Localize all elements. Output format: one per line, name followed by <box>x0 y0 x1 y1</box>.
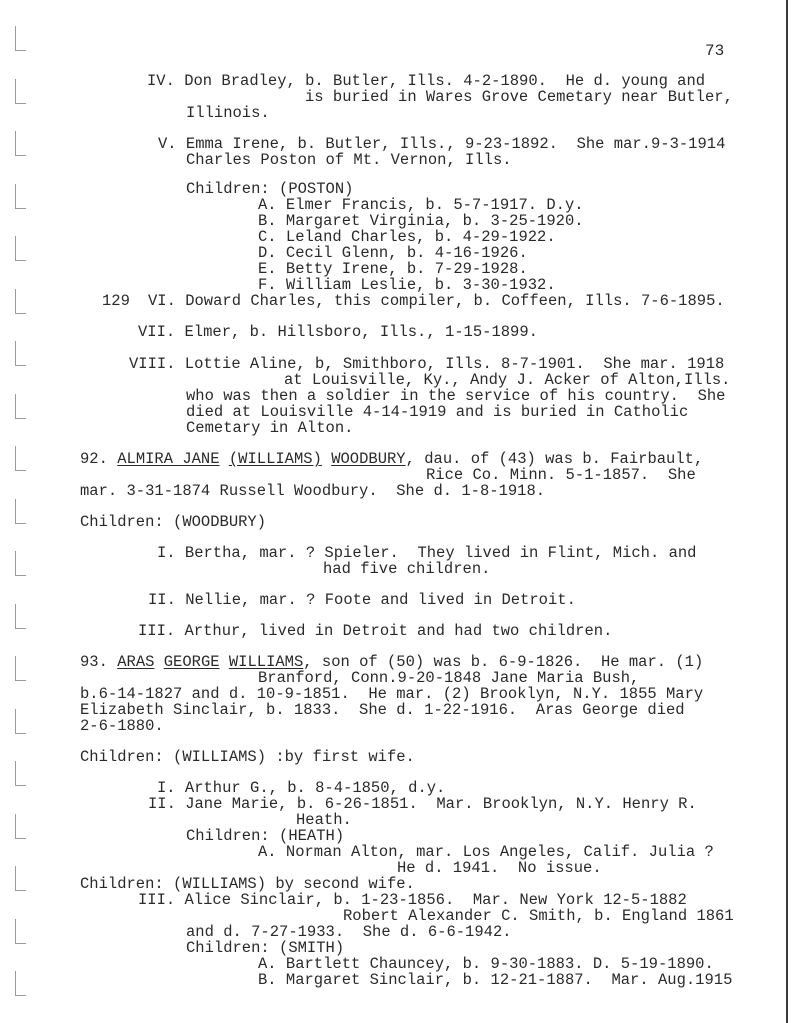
woodbury-child-i-line-2: had five children. <box>323 561 490 577</box>
poston-children-heading: Children: (POSTON) <box>186 181 353 197</box>
woodbury-child-i-line-1: I. Bertha, mar. ? Spieler. They lived in… <box>157 545 697 561</box>
binder-mark <box>15 131 26 156</box>
heath-children-heading: Children: (HEATH) <box>186 828 344 844</box>
entry-iv-line-2: is buried in Wares Grove Cemetary near B… <box>305 89 733 105</box>
poston-child: F. William Leslie, b. 3-30-1932. <box>258 277 556 293</box>
entry-viii-line-2: at Louisville, Ky., Andy J. Acker of Alt… <box>284 372 730 388</box>
section-93-name-middle: GEORGE <box>164 653 220 671</box>
binder-mark <box>15 919 26 944</box>
document-page: 73 IV. Don Bradley, b. Butler, Ills. 4-2… <box>0 0 791 1023</box>
smith-child: B. Margaret Sinclair, b. 12-21-1887. Mar… <box>258 972 732 988</box>
entry-viii-line-3: who was then a soldier in the service of… <box>186 388 726 404</box>
smith-child: A. Bartlett Chauncey, b. 9-30-1883. D. 5… <box>258 956 714 972</box>
section-93-number: 93. <box>80 653 108 671</box>
binder-mark <box>15 184 26 209</box>
entry-viii-line-5: Cemetary in Alton. <box>186 420 353 436</box>
section-92-heading: 92. ALMIRA JANE (WILLIAMS) WOODBURY, dau… <box>80 451 703 467</box>
entry-iv-line-1: IV. Don Bradley, b. Butler, Ills. 4-2-18… <box>147 73 705 89</box>
woodbury-child-iii: III. Arthur, lived in Detroit and had tw… <box>138 623 612 639</box>
williams-child-iii-line-1: III. Alice Sinclair, b. 1-23-1856. Mar. … <box>138 892 687 908</box>
smith-children-heading: Children: (SMITH) <box>186 940 344 956</box>
entry-iv-line-3: Illinois. <box>186 105 270 121</box>
williams-child-i: I. Arthur G., b. 8-4-1850, d.y. <box>157 780 445 796</box>
section-92-line-2: Rice Co. Minn. 5-1-1857. She <box>426 467 696 483</box>
section-93-line-3: b.6-14-1827 and d. 10-9-1851. He mar. (2… <box>80 686 703 702</box>
williams-children-second-heading: Children: (WILLIAMS) by second wife. <box>80 876 415 892</box>
binder-mark <box>15 761 26 786</box>
binder-mark <box>15 446 26 471</box>
page-number: 73 <box>705 42 724 60</box>
entry-vi-line-1: VI. Doward Charles, this compiler, b. Co… <box>148 293 725 309</box>
binder-mark <box>15 604 26 629</box>
entry-viii-line-4: died at Louisville 4-14-1919 and is buri… <box>186 404 688 420</box>
williams-child-iii-line-3: and d. 7-27-1933. She d. 6-6-1942. <box>186 924 512 940</box>
heath-child-line-2: He d. 1941. No issue. <box>397 860 602 876</box>
entry-viii-line-1: VIII. Lottie Aline, b, Smithboro, Ills. … <box>129 356 724 372</box>
poston-child: E. Betty Irene, b. 7-29-1928. <box>258 261 528 277</box>
entry-v-line-1: V. Emma Irene, b. Butler, Ills., 9-23-18… <box>158 136 725 152</box>
section-92-given-name: ALMIRA JANE <box>117 450 219 468</box>
binder-mark <box>15 79 26 104</box>
section-93-name-first: ARAS <box>117 653 154 671</box>
binder-mark <box>15 866 26 891</box>
section-92-number: 92. <box>80 450 108 468</box>
poston-child: B. Margaret Virginia, b. 3-25-1920. <box>258 213 584 229</box>
williams-child-ii-line-1: II. Jane Marie, b. 6-26-1851. Mar. Brook… <box>148 796 697 812</box>
section-93-line-5: 2-6-1880. <box>80 718 164 734</box>
binder-mark <box>15 394 26 419</box>
heath-child-line-1: A. Norman Alton, mar. Los Angeles, Calif… <box>258 844 714 860</box>
section-92-married-name: WOODBURY <box>331 450 405 468</box>
section-92-maiden-name: (WILLIAMS) <box>229 450 322 468</box>
poston-child: A. Elmer Francis, b. 5-7-1917. D.y. <box>258 197 584 213</box>
section-93-line-2: Branford, Conn.9-20-1848 Jane Maria Bush… <box>258 670 639 686</box>
entry-v-line-2: Charles Poston of Mt. Vernon, Ills. <box>186 152 512 168</box>
page-edge-border <box>786 0 788 1023</box>
woodbury-children-heading: Children: (WOODBURY) <box>80 514 266 530</box>
binder-mark <box>15 289 26 314</box>
section-92-line-3: mar. 3-31-1874 Russell Woodbury. She d. … <box>80 483 545 499</box>
binder-mark <box>15 26 26 51</box>
section-93-heading: 93. ARAS GEORGE WILLIAMS, son of (50) wa… <box>80 654 703 670</box>
binder-mark <box>15 971 26 996</box>
poston-child: C. Leland Charles, b. 4-29-1922. <box>258 229 556 245</box>
entry-vi-ref-number: 129 <box>102 293 130 309</box>
binder-mark <box>15 499 26 524</box>
binder-mark <box>15 709 26 734</box>
woodbury-child-ii: II. Nellie, mar. ? Foote and lived in De… <box>148 592 576 608</box>
entry-vii-line-1: VII. Elmer, b. Hillsboro, Ills., 1-15-18… <box>138 324 538 340</box>
binder-mark <box>15 341 26 366</box>
binder-mark <box>15 656 26 681</box>
williams-child-iii-line-2: Robert Alexander C. Smith, b. England 18… <box>343 908 734 924</box>
williams-children-first-heading: Children: (WILLIAMS) :by first wife. <box>80 749 415 765</box>
section-93-line-4: Elizabeth Sinclair, b. 1833. She d. 1-22… <box>80 702 685 718</box>
williams-child-ii-line-2: Heath. <box>296 812 352 828</box>
binder-mark <box>15 551 26 576</box>
binder-mark <box>15 814 26 839</box>
poston-child: D. Cecil Glenn, b. 4-16-1926. <box>258 245 528 261</box>
binder-mark <box>15 236 26 261</box>
